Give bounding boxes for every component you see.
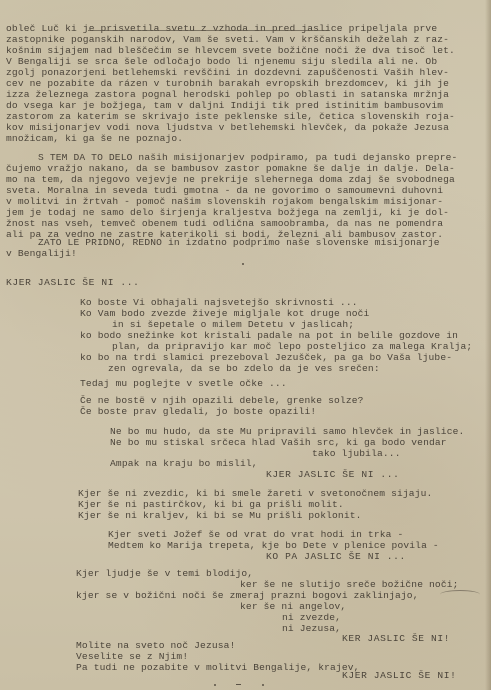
- paragraph-1-line-8: do vsega kar je božjega, tam v daljni In…: [6, 101, 443, 111]
- paragraph-1-line-11: množicam, ki ga še ne poznajo.: [6, 134, 183, 144]
- pencil-mark: [440, 590, 480, 599]
- paragraph-2-line-2: čujemo vražjo nakano, da se bambusov zas…: [6, 164, 455, 174]
- paragraph-1-line-2: zastopnike poganskih narodov, Vam še sve…: [6, 35, 449, 45]
- stanza-4-line-2: Ne bo mu stiskal srčeca hlad Vaših src, …: [110, 438, 447, 448]
- paragraph-2-line-6: jem je todaj ne samo delo širjenja kralj…: [6, 208, 449, 218]
- ink-dash: [236, 684, 241, 685]
- paragraph-1-line-4: V Bengaliji se srca šele odločajo bodo l…: [6, 57, 437, 67]
- closing-line-3: Pa tudi ne pozabite v molitvi Bengalije,…: [76, 663, 360, 673]
- stanza-4-refrain: KJER JASLIC ŠE NI ...: [266, 470, 400, 480]
- stanza-5-line-2: Kjer še ni pastirčkov, ki bi ga prišli m…: [78, 500, 344, 510]
- stanza-1-line-3: in si šepetale o milem Detetu v jaslicah…: [112, 320, 354, 330]
- stanza-7-line-2: ker še ne slutijo sreče božične noči;: [240, 580, 459, 590]
- stanza-4-line-4: Ampak na kraju bo mislil,: [110, 459, 258, 469]
- ink-dot: [262, 684, 264, 686]
- stanza-3-line-1: Če ne bostë v njih opazili debele, grenk…: [80, 396, 364, 406]
- paragraph-2-line-7: žnost nas vseh, temveč obenem tudi odlič…: [6, 219, 443, 229]
- ink-dot: [214, 684, 216, 686]
- ink-dot: [242, 263, 244, 265]
- strikethrough-mark: [88, 30, 328, 31]
- stanza-7-line-6: ni Jezusa,: [282, 624, 341, 634]
- stanza-4-line-3: tako ljubila...: [312, 449, 401, 459]
- paragraph-2-line-1: S TEM DA TO DELO naših misijonarjev podp…: [38, 153, 457, 163]
- poem-title: KJER JASLIC ŠE NI ...: [6, 278, 140, 288]
- stanza-1-line-7: zen ogrevala, da se bo zdelo da je ves s…: [108, 364, 380, 374]
- stanza-6-refrain: KO PA JASLIC ŠE NI ...: [266, 552, 406, 562]
- paragraph-1-line-1: obleč Luč ki je prisvetila svetu z vzhod…: [6, 24, 437, 34]
- closing-refrain: KJER JASLIC ŠE NI!: [342, 671, 456, 681]
- paragraph-1-line-10: kov misijonarjev vodi nova ljudstva v be…: [6, 123, 449, 133]
- closing-line-1: Molite na sveto noč Jezusa!: [76, 641, 236, 651]
- stanza-5-line-3: Kjer še ni kraljev, ki bi se Mu prišli p…: [78, 511, 362, 521]
- stanza-7-line-1: Kjer ljudje še v temi blodijo,: [76, 569, 253, 579]
- stanza-1-line-2: Ko Vam bodo zvezde živeje migljale kot d…: [80, 309, 369, 319]
- stanza-1-line-1: Ko boste Vi obhajali najsvetejšo skrivno…: [80, 298, 358, 308]
- stanza-5-line-1: Kjer še ni zvezdic, ki bi smele žareti v…: [78, 489, 432, 499]
- paragraph-1-line-6: cev ne pozabite da rázen v turobnih bara…: [6, 79, 449, 89]
- stanza-3-line-2: Če boste prav gledali, jo boste opazili!: [80, 407, 316, 417]
- stanza-2-line-1: Tedaj mu poglejte v svetle očke ...: [80, 379, 287, 389]
- paragraph-3-line-1: ZATO LE PRIDNO, REDNO in izdatno podprim…: [38, 238, 440, 248]
- paragraph-3-line-2: v Bengaliji!: [6, 249, 77, 259]
- stanza-6-line-1: Kjer sveti Jožef še od vrat do vrat hodi…: [108, 530, 403, 540]
- stanza-4-line-1: Ne bo mu hudo, da ste Mu pripravili samo…: [110, 427, 464, 437]
- stanza-7-line-5: ni zvezde,: [282, 613, 341, 623]
- page-edge-shadow: [485, 0, 491, 690]
- paragraph-1-line-3: košnim sijajem nad bleščečim se hlevcem …: [6, 46, 455, 56]
- stanza-7-line-4: ker še ni angelov,: [240, 602, 346, 612]
- paragraph-2-line-5: v molitvi in žrtvah - pomoč našim sloven…: [6, 197, 443, 207]
- stanza-1-line-5: plan, da pripravijo kar moč lepo postelj…: [112, 342, 472, 352]
- stanza-1-line-6: ko bo na trdi slamici prezeboval Jezušče…: [80, 353, 452, 363]
- paragraph-2-line-4: sveta. Moralna in seveda tudi gmotna - d…: [6, 186, 443, 196]
- stanza-7-line-3: kjer se v božični noči še zmeraj prazni …: [76, 591, 419, 601]
- stanza-1-line-4: ko bodo snežinke kot kristali padale na …: [80, 331, 458, 341]
- paragraph-1-line-9: zastorom za katerim se skrivajo iste pek…: [6, 112, 455, 122]
- stanza-6-line-2: Medtem ko Marija trepeta, kje bo Dete v …: [108, 541, 439, 551]
- paragraph-1-line-5: zgolj ponazorjeni betlehemski revščini i…: [6, 68, 449, 78]
- closing-line-2: Veselite se z Njim!: [76, 652, 188, 662]
- paragraph-2-line-3: mo na tem, da njegovo vejevje ne prekrij…: [6, 175, 455, 185]
- typewritten-page: obleč Luč ki je prisvetila svetu z vzhod…: [0, 0, 491, 690]
- paragraph-1-line-7: izza železnega zastora pognal herodski p…: [6, 90, 449, 100]
- stanza-7-refrain: KER JASLIC ŠE NI!: [342, 634, 450, 644]
